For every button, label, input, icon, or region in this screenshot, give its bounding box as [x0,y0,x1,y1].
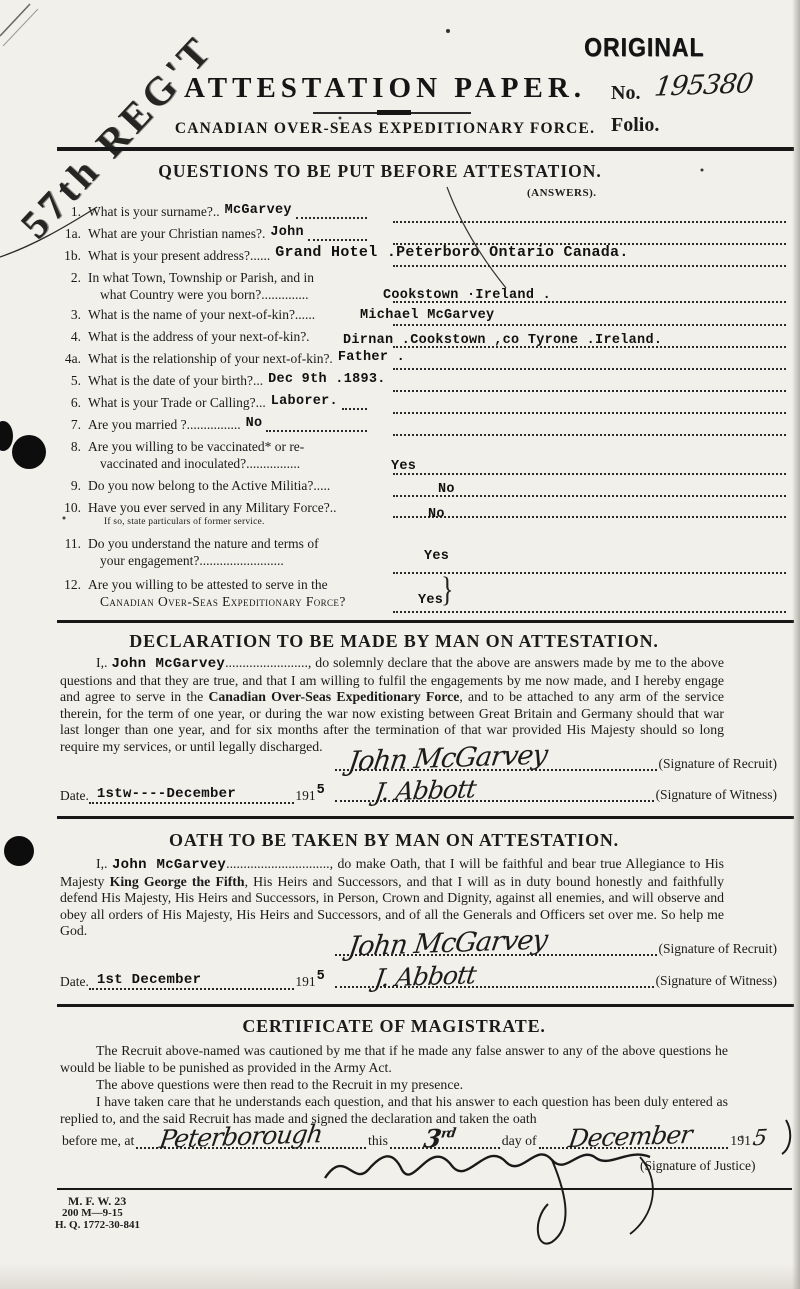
answer-line [393,368,786,370]
witness-signature-label: (Signature of Witness) [656,787,777,802]
torn-corner-mark [0,4,30,36]
section-rule [57,620,794,623]
question-row: 2. In what Town, Township or Parish, and… [0,270,800,307]
hq-code: H. Q. 1772-30-841 [55,1219,140,1231]
month-handwritten: December [566,1120,693,1153]
recruit-signature: John McGarvey [346,925,549,963]
certificate-paragraph: The Recruit above-named was cautioned by… [60,1042,728,1076]
signature-line: John McGarvey [335,755,657,771]
question-left: 7. Are you married ?................ No [56,417,370,435]
question-left: 11. Do you understand the nature and ter… [56,536,370,569]
question-row: 7. Are you married ?................ No [0,417,800,439]
typed-answer: No [428,507,445,522]
question-row: 12. Are you willing to be attested to se… [0,577,800,616]
section-rule [57,816,794,819]
typed-answer: John [270,225,304,240]
leader-dots [308,226,367,241]
typed-date: 1st December [97,972,201,988]
question-left: 1b. What is your present address?...... … [56,248,370,266]
witness-signature: J. Abbott [373,960,478,992]
day-handwritten: 3rd [422,1123,457,1153]
question-number: 3. [56,307,81,323]
recruit-signature: John McGarvey [346,740,549,778]
question-row: 9. Do you now belong to the Active Milit… [0,478,800,500]
answer-line [393,390,786,392]
question-text: Are you married ?................ [88,417,241,434]
place-handwritten: Peterborough [158,1119,325,1154]
question-text: What is the date of your birth?... [88,373,263,390]
attestation-paper-scan: 57th REG'T ORIGINAL ATTESTATION PAPER. C… [0,0,800,1289]
certificate-heading: CERTIFICATE OF MAGISTRATE. [0,1016,788,1037]
question-left: 2. In what Town, Township or Parish, and… [56,270,370,303]
question-text: What is your surname?.. [88,204,220,221]
paragraph-segment: I,. [96,655,111,670]
signature-line: J. Abbott [335,786,654,802]
date-line: 1st December [89,976,294,990]
day-of-label: day of [502,1133,537,1149]
recruit-signature-label: (Signature of Recruit) [659,756,777,771]
question-number: 11. [56,536,81,552]
question-number: 1b. [56,248,81,264]
question-number: 4. [56,329,81,345]
month-line: December [539,1135,729,1149]
question-left: 8. Are you willing to be vaccinated* or … [56,439,370,472]
title-divider [313,112,471,114]
answers-label: (ANSWERS). [527,187,596,199]
question-left: 10. Have you ever served in any Military… [56,500,370,517]
question-text: Do you now belong to the Active Militia?… [88,478,330,495]
typed-year-digit: 5 [317,969,325,984]
before-me-label: before me, at [62,1133,134,1149]
question-text: What are your Christian names?. [88,226,265,243]
question-number: 4a. [56,351,81,367]
certificate-paragraph: The above questions were then read to th… [60,1076,728,1093]
question-left: 4a. What is the relationship of your nex… [56,351,370,369]
typed-year-digit: 5 [317,783,325,798]
oath-recruit-signature-row: John McGarvey (Signature of Recruit) [335,940,777,956]
place-line: Peterborough [136,1135,366,1149]
questions-list: 1. What is your surname?.. McGarvey 1a. … [0,204,800,616]
question-text: Have you ever served in any Military For… [88,500,337,517]
printed-year: 191 [730,1133,751,1149]
answer-line [393,434,786,436]
day-line: 3rd [390,1135,500,1149]
leader-dots [342,395,367,410]
typed-answer: Yes [424,549,449,564]
question-left: 5. What is the date of your birth?... De… [56,373,370,391]
footer-rule [57,1188,792,1190]
question-row: 11. Do you understand the nature and ter… [0,536,800,577]
question-note: If so, state particulars of former servi… [104,517,265,527]
witness-signature: J. Abbott [373,774,478,806]
paragraph-segment: I,. [96,856,112,871]
typed-answer: Father . [338,350,405,365]
declaration-witness-signature-row: J. Abbott (Signature of Witness) [335,786,777,802]
question-left: 4. What is the address of your next-of-k… [56,329,370,346]
serial-number-handwritten: 195380 [653,68,755,102]
question-text: What is your Trade or Calling?... [88,395,266,412]
before-me-row: before me, at Peterborough this 3rd day … [60,1124,766,1149]
date-line: 1stw----December [89,790,294,804]
question-text: Are you willing to be vaccinated* or re-… [88,439,304,472]
answer-line [393,516,786,518]
witness-signature-label: (Signature of Witness) [656,973,777,988]
question-left: 1. What is your surname?.. McGarvey [56,204,370,222]
question-text: What is the address of your next-of-kin?… [88,329,310,346]
printed-year: 191 [295,974,315,990]
question-number: 12. [56,577,81,593]
question-left: 6. What is your Trade or Calling?... Lab… [56,395,370,413]
typed-answer: Michael McGarvey [360,308,494,323]
year-digit-stroke [782,1120,790,1154]
question-row: 10. Have you ever served in any Military… [0,500,800,536]
typed-date: 1stw----December [97,786,236,802]
signature-line: J. Abbott [335,972,654,988]
year-digit-handwritten: 5 [751,1126,768,1151]
question-row: 5. What is the date of your birth?... De… [0,373,800,395]
original-stamp: ORIGINAL [584,32,704,62]
folio-label: Folio. [611,114,659,137]
question-row: 6. What is your Trade or Calling?... Lab… [0,395,800,417]
typed-answer: McGarvey [225,203,292,218]
section-rule [57,147,794,151]
question-text: Do you understand the nature and terms o… [88,536,319,569]
justice-signature-label: (Signature of Justice) [640,1158,755,1173]
recruit-signature-label: (Signature of Recruit) [659,941,777,956]
question-number: 1a. [56,226,81,242]
question-number: 7. [56,417,81,433]
question-row: 4a. What is the relationship of your nex… [0,351,800,373]
section-rule [57,1004,794,1007]
oath-paragraph: I,. John McGarvey.......................… [60,856,724,940]
question-left: 1a. What are your Christian names?. John [56,226,370,244]
question-left: 9. Do you now belong to the Active Milit… [56,478,370,495]
question-number: 9. [56,478,81,494]
typed-answer: No [246,416,263,431]
torn-corner-mark [3,9,38,46]
questions-heading: QUESTIONS TO BE PUT BEFORE ATTESTATION. [0,161,760,182]
print-run-code: 200 M—9-15 [62,1207,123,1219]
leader-dots [266,417,367,432]
oath-heading: OATH TO BE TAKEN BY MAN ON ATTESTATION. [0,830,788,851]
declaration-recruit-signature-row: John McGarvey (Signature of Recruit) [335,755,777,771]
paragraph-segment: King George the Fifth [110,874,245,889]
question-text: In what Town, Township or Parish, and in… [88,270,314,303]
date-label: Date. [60,788,89,804]
question-row: 3. What is the name of your next-of-kin?… [0,307,800,329]
question-number: 1. [56,204,81,220]
question-text: What is your present address?...... [88,248,270,265]
question-row: 1. What is your surname?.. McGarvey [0,204,800,226]
question-row: 4. What is the address of your next-of-k… [0,329,800,351]
typed-name: John McGarvey [111,656,225,672]
answer-line [393,412,786,414]
question-number: 6. [56,395,81,411]
printed-year: 191 [295,788,315,804]
question-number: 10. [56,500,81,516]
question-row: 8. Are you willing to be vaccinated* or … [0,439,800,478]
typed-answer: Grand Hotel .Peterboro Ontario Canada. [275,244,628,261]
declaration-paragraph: I,. John McGarvey.......................… [60,655,724,756]
date-label: Date. [60,974,89,990]
answer-line [393,611,786,613]
question-text: What is the name of your next-of-kin?...… [88,307,315,324]
typed-answer: Dec 9th .1893. [268,372,386,387]
speck [446,29,450,33]
typed-answer: Cookstown ·Ireland . [383,288,551,303]
typed-answer: Yes [418,593,443,608]
typed-answer: Laborer. [271,394,338,409]
question-text: What is the relationship of your next-of… [88,351,333,368]
justice-signature [325,1154,650,1178]
typed-name: John McGarvey [112,857,226,873]
typed-answer: Dirnan .Cookstown ,co Tyrone .Ireland. [343,333,662,348]
declaration-date-row: Date. 1stw----December 191 5 [60,788,325,804]
question-row: 1b. What is your present address?...... … [0,248,800,270]
typed-answer: Yes [391,459,416,474]
question-left: 3. What is the name of your next-of-kin?… [56,307,370,324]
declaration-heading: DECLARATION TO BE MADE BY MAN ON ATTESTA… [0,631,788,652]
typed-answer: No [438,482,455,497]
question-number: 2. [56,270,81,286]
oath-date-row: Date. 1st December 191 5 [60,974,325,990]
question-number: 5. [56,373,81,389]
no-label: No. [611,82,640,105]
answer-line [393,324,786,326]
this-label: this [368,1133,388,1149]
question-left: 12. Are you willing to be attested to se… [56,577,370,610]
answer-line [393,473,786,475]
answer-line [393,265,786,267]
question-text: Are you willing to be attested to serve … [88,577,346,610]
justice-signature-descender [538,1160,566,1244]
oath-witness-signature-row: J. Abbott (Signature of Witness) [335,972,777,988]
answer-line [393,221,786,223]
paragraph-segment: Canadian Over-Seas Expeditionary Force [208,689,459,704]
question-number: 8. [56,439,81,455]
signature-line: John McGarvey [335,940,657,956]
leader-dots [296,204,367,219]
